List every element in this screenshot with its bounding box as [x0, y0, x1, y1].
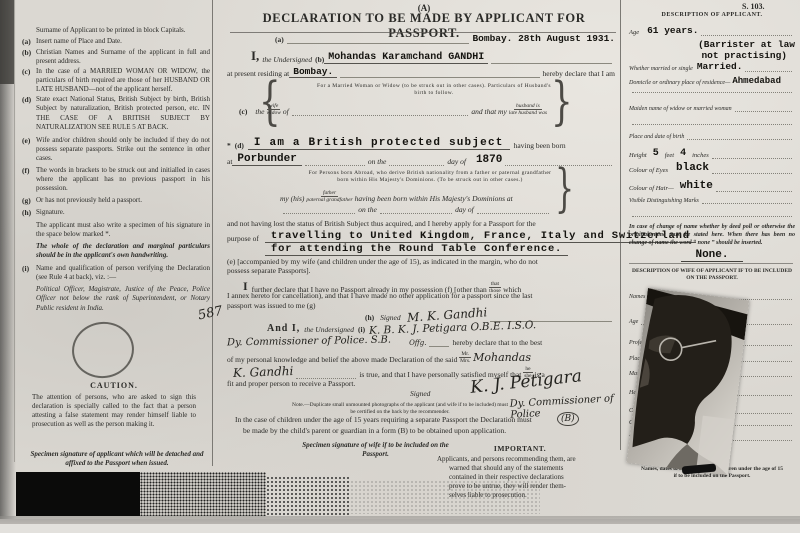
applicant-photo [627, 288, 750, 475]
important-title: IMPORTANT. [437, 444, 603, 453]
margin-item-e: (e) Wife and/or children should only be … [22, 136, 210, 163]
age-row: Age 61 years. [629, 25, 795, 36]
profession-value-2: not practising) [701, 50, 787, 61]
change-of-name-note: In case of change of name whether by dee… [629, 224, 795, 247]
place-date-row: (a) Bombay. 28th August 1931. [275, 33, 615, 44]
married-value: Married. [697, 61, 743, 72]
applicant-name-row: I, the Undersigned (b) Mohandas Karamcha… [251, 48, 615, 64]
redacted-signature-block [16, 472, 140, 516]
said-name-1: Mohandas [473, 351, 531, 364]
scan-bottom-strip [0, 524, 800, 533]
scan-corner-artifact [0, 0, 14, 84]
wife-widow-row: (c) the wife widow of and that my husban… [239, 103, 549, 116]
margin-notes: Surname of Applicant to be printed in bl… [22, 26, 210, 313]
mr-mrs-choice: Mr. Mrs. [459, 351, 471, 364]
national-status-row: * (d) I am a British protected subject h… [227, 137, 615, 150]
left-brace-c: { [259, 72, 281, 132]
birthplace-value: Porbunder [232, 153, 301, 166]
margin-note-signature: The applicant must also write a specimen… [22, 221, 210, 239]
change-of-name-row: None. [657, 249, 767, 262]
right-brace-c: } [551, 72, 573, 132]
said-name-2: K. Gandhi [233, 364, 294, 380]
purpose-row-2: for attending the Round Table Conference… [265, 243, 605, 256]
residence-value: Bombay. [289, 66, 337, 78]
change-of-name-value: None. [681, 249, 742, 262]
verifier-office: Dy. Commissioner of Police. S.B. [227, 335, 391, 349]
purpose-row-1: purpose of travelling to United Kingdom,… [227, 230, 615, 243]
declaration-body: (a) Bombay. 28th August 1931. I, the Und… [225, 0, 617, 519]
profession-row-1: (Barrister at law [657, 39, 795, 50]
margin-item-h: (h) Signature. [22, 208, 210, 218]
marks-line [629, 214, 795, 217]
margin-item-i: (i) Name and qualification of person ver… [22, 264, 210, 282]
wife-description-title: Description of Wife of Applicant if to b… [627, 268, 797, 282]
right-brace-abroad: } [555, 160, 574, 220]
height-feet-value: 5 [653, 148, 659, 159]
domicile-value: Ahmedabad [732, 76, 781, 86]
eyes-value: black [676, 162, 709, 174]
children-note-1: In the case of children under the age of… [235, 415, 615, 424]
purpose-value-2: for attending the Round Table Conference… [265, 243, 568, 256]
signed-label-2: Signed [410, 389, 470, 398]
margin-item-g: (g) Or has not previously held a passpor… [22, 196, 210, 206]
offg-note: Offg. [409, 339, 426, 347]
domicile-row: Domicile or ordinary place of residence—… [629, 76, 795, 86]
paper-background: S. 103. (A) DECLARATION TO BE MADE BY AP… [0, 0, 800, 519]
apply-line-1: and not having lost the status of Britis… [227, 219, 615, 228]
clause-e-2: possess separate Passports]. [227, 266, 615, 275]
caution-block: CAUTION. The attention of persons, who a… [28, 381, 200, 429]
height-inches-value: 4 [680, 148, 686, 159]
profession-value-1: (Barrister at law [698, 39, 795, 50]
verifier-row: And I, the Undersigned (i) K. B. K. J. P… [267, 322, 615, 334]
caution-title: CAUTION. [28, 381, 200, 390]
further-row-2: I annex hereto for cancellation), and th… [227, 291, 615, 300]
hair-value: white [680, 180, 713, 192]
stamp-circle [68, 318, 137, 382]
scanned-passport-declaration: { "form": { "ref": "S. 103.", "section":… [0, 0, 800, 533]
maiden-row: Maiden name of widow or married woman [629, 106, 795, 112]
father-grandfather-row: my (his) father paternal grandfather hav… [280, 190, 552, 203]
left-margin-rule [14, 0, 15, 462]
column-divider-left [212, 0, 213, 466]
margin-verifiers: Political Officer, Magistrate, Justice o… [22, 285, 210, 312]
caution-body: The attention of persons, who are asked … [28, 393, 200, 429]
married-row: Whether married or single Married. [629, 61, 795, 72]
age-value: 61 years. [647, 25, 698, 36]
wife-widow-choice: wife widow [267, 103, 281, 116]
hair-row: Colour of Hair— white [629, 180, 795, 192]
profession-row-2: not practising) [657, 50, 787, 61]
father-grandfather-choice: father paternal grandfather [306, 190, 352, 203]
applicant-name-value: Mohandas Karamchand GANDHI [324, 52, 488, 64]
important-block: IMPORTANT. Applicants, and persons recom… [437, 444, 603, 500]
marks-row: Visible Distinguishing Marks [629, 198, 795, 204]
married-woman-box-header: For a Married Woman or Widow (to be stru… [295, 83, 573, 96]
margin-item-d: (d) State exact National Status, British… [22, 95, 210, 131]
husband-choice: husband is late husband was [509, 103, 547, 116]
verifier-office-row: Dy. Commissioner of Police. S.B. Offg. h… [227, 336, 615, 347]
maiden-line [629, 122, 795, 125]
column-divider-right [620, 0, 621, 450]
photograph-note: Note.—Duplicate small unmounted photogra… [250, 402, 550, 416]
born-abroad-box-header: For Persons born Abroad, who derive Brit… [285, 170, 575, 183]
margin-item-f: (f) The words in brackets to be struck o… [22, 166, 210, 193]
birth-year-value: 1870 [476, 154, 502, 166]
margin-note-handwriting: The whole of the declaration and margina… [22, 242, 210, 260]
eyes-row: Colour of Eyes black [629, 162, 795, 174]
margin-item-b: (b) Christian Names and Surname of the a… [22, 48, 210, 66]
birth-row: Place and date of birth [629, 134, 795, 140]
abroad-date-row: on the day of [280, 205, 552, 214]
gandhi-profile-photo [627, 288, 750, 475]
margin-intro: Surname of Applicant to be printed in bl… [22, 26, 210, 35]
domicile-line [629, 90, 795, 93]
specimen-signature-note: Specimen signature of applicant which wi… [24, 450, 210, 468]
verifier-name: K. B. K. J. Petigara O.B.E. I.S.O. [369, 319, 537, 337]
description-title: Description of Applicant. [627, 12, 797, 18]
children-note-2: be made by the child's parent or guardia… [243, 426, 615, 435]
fit-row: fit and proper person to receive a Passp… [227, 379, 477, 388]
knowledge-row: of my personal knowledge and belief the … [227, 351, 615, 364]
place-date-value: Bombay. 28th August 1931. [472, 33, 615, 44]
national-status-value: I am a British protected subject [248, 137, 510, 150]
margin-item-a: (a) Insert name of Place and Date. [22, 37, 210, 47]
height-row: Height 5 feet 4 inches [629, 148, 795, 159]
margin-item-c: (c) In the case of a MARRIED WOMAN OR WI… [22, 67, 210, 94]
clause-e-1: (e) [accompanied by my wife (and childre… [227, 257, 615, 266]
